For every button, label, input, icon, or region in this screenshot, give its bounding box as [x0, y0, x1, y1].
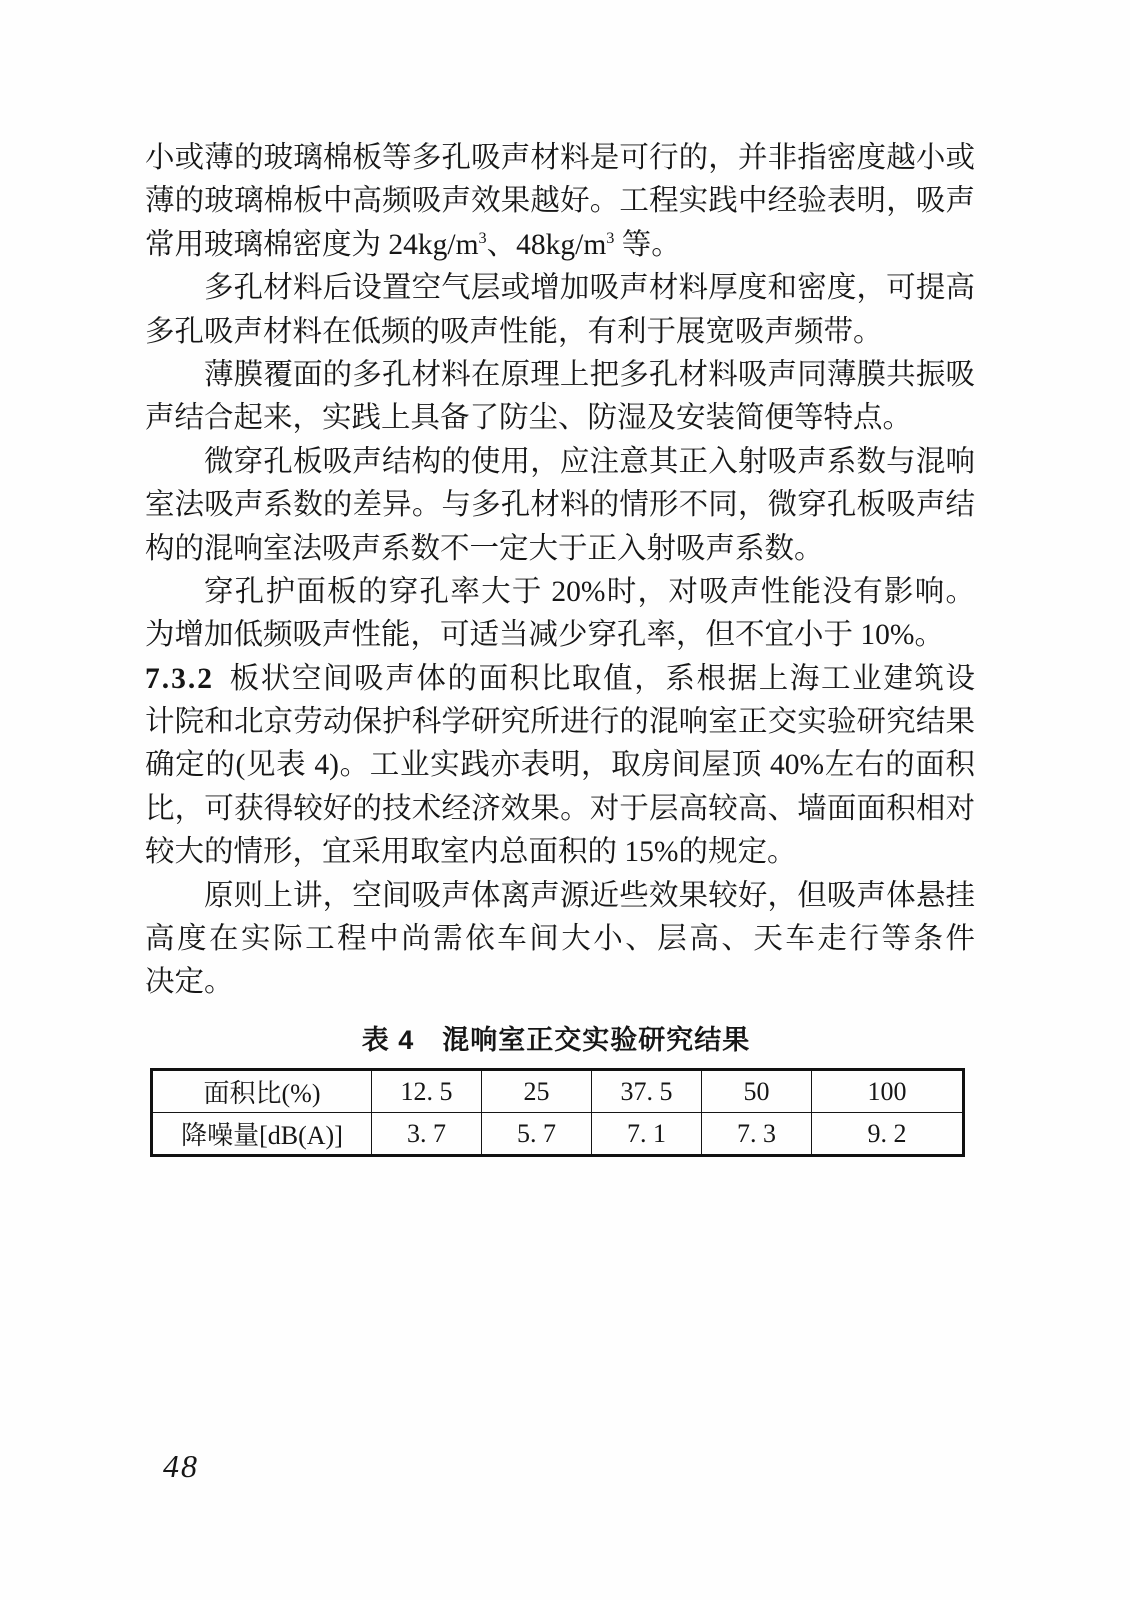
table-cell: 100 [812, 1070, 964, 1113]
table-cell: 5. 7 [482, 1113, 592, 1156]
body-line: 7.3.2板状空间吸声体的面积比取值，系根据上海工业建筑设 [145, 658, 975, 701]
body-line: 常用玻璃棉密度为 24kg/m3、48kg/m3 等。 [145, 224, 975, 267]
body-line: 薄的玻璃棉板中高频吸声效果越好。工程实践中经验表明，吸声 [145, 180, 975, 223]
document-page: 小或薄的玻璃棉板等多孔吸声材料是可行的，并非指密度越小或薄的玻璃棉板中高频吸声效… [0, 0, 1130, 1600]
table-row-label: 降噪量[dB(A)] [152, 1113, 372, 1156]
body-line: 构的混响室法吸声系数不一定大于正入射吸声系数。 [145, 528, 975, 571]
clause-number: 7.3.2 [145, 663, 214, 695]
body-line: 比，可获得较好的技术经济效果。对于层高较高、墙面面积相对 [145, 788, 975, 831]
body-line: 决定。 [145, 961, 975, 1004]
results-table: 面积比(%)12. 52537. 550100降噪量[dB(A)]3. 75. … [150, 1068, 965, 1157]
table-cell: 9. 2 [812, 1113, 964, 1156]
body-line: 高度在实际工程中尚需依车间大小、层高、天车走行等条件 [145, 918, 975, 961]
body-line: 穿孔护面板的穿孔率大于 20%时，对吸声性能没有影响。 [145, 571, 975, 614]
table-cell: 7. 3 [702, 1113, 812, 1156]
table-row: 降噪量[dB(A)]3. 75. 77. 17. 39. 2 [152, 1113, 964, 1156]
body-text: 小或薄的玻璃棉板等多孔吸声材料是可行的，并非指密度越小或薄的玻璃棉板中高频吸声效… [145, 137, 975, 1005]
body-line: 确定的(见表 4)。工业实践亦表明，取房间屋顶 40%左右的面积 [145, 744, 975, 787]
table-cell: 25 [482, 1070, 592, 1113]
table-body: 面积比(%)12. 52537. 550100降噪量[dB(A)]3. 75. … [152, 1070, 964, 1156]
body-line: 小或薄的玻璃棉板等多孔吸声材料是可行的，并非指密度越小或 [145, 137, 975, 180]
table-row-label: 面积比(%) [152, 1070, 372, 1113]
page-number: 48 [163, 1448, 199, 1485]
body-line: 多孔材料后设置空气层或增加吸声材料厚度和密度，可提高 [145, 267, 975, 310]
body-line: 声结合起来，实践上具备了防尘、防湿及安装简便等特点。 [145, 397, 975, 440]
body-line: 为增加低频吸声性能，可适当减少穿孔率，但不宜小于 10%。 [145, 614, 975, 657]
table-cell: 50 [702, 1070, 812, 1113]
table-cell: 37. 5 [592, 1070, 702, 1113]
body-line: 薄膜覆面的多孔材料在原理上把多孔材料吸声同薄膜共振吸 [145, 354, 975, 397]
body-line: 计院和北京劳动保护科学研究所进行的混响室正交实验研究结果 [145, 701, 975, 744]
body-line: 原则上讲，空间吸声体离声源近些效果较好，但吸声体悬挂 [145, 875, 975, 918]
table-row: 面积比(%)12. 52537. 550100 [152, 1070, 964, 1113]
table-cell: 12. 5 [372, 1070, 482, 1113]
body-line: 多孔吸声材料在低频的吸声性能，有利于展宽吸声频带。 [145, 311, 975, 354]
body-line: 微穿孔板吸声结构的使用，应注意其正入射吸声系数与混响 [145, 441, 975, 484]
table-caption: 表 4 混响室正交实验研究结果 [150, 1018, 962, 1057]
table-cell: 7. 1 [592, 1113, 702, 1156]
body-line: 室法吸声系数的差异。与多孔材料的情形不同，微穿孔板吸声结 [145, 484, 975, 527]
body-line: 较大的情形，宜采用取室内总面积的 15%的规定。 [145, 831, 975, 874]
table-cell: 3. 7 [372, 1113, 482, 1156]
